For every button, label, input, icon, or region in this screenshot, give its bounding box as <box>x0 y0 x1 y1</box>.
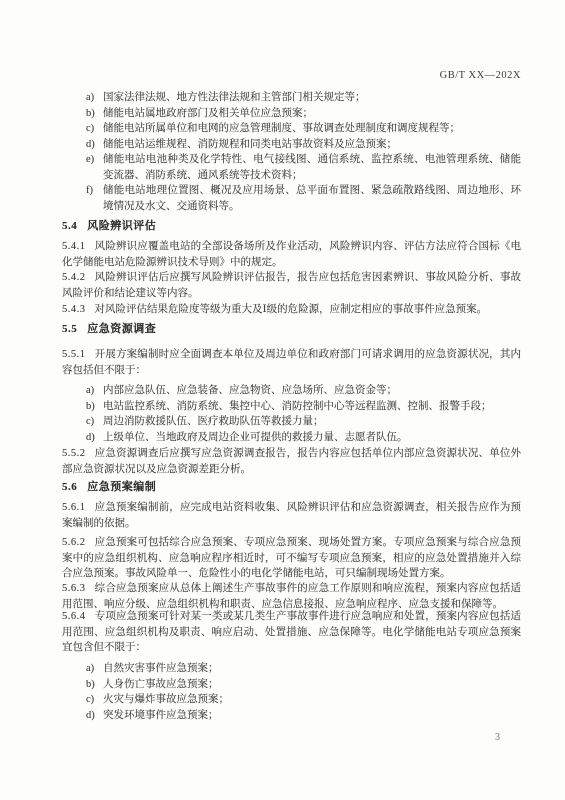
intro-list: a) 国家法律法规、地方性法律法规和主管部门相关规定等； b) 储能电站属地政府… <box>62 90 521 214</box>
paragraph-5-4-1: 5.4.1风险辨识应覆盖电站的全部设备场所及作业活动，风险辨识内容、评估方法应符… <box>62 239 521 270</box>
section-heading-5-5: 5.5应急资源调查 <box>62 322 521 338</box>
list-item-text: 上级单位、当地政府及周边企业可提供的救援力量、志愿者队伍。 <box>103 432 408 443</box>
section-heading-5-4: 5.4风险辨识评估 <box>62 219 521 235</box>
section-title: 应急预案编制 <box>87 481 156 493</box>
list-item: b) 电站监控系统、消防系统、集控中心、消防控制中心等远程监测、控制、报警手段； <box>62 399 521 415</box>
list-item-label: d) <box>86 430 95 446</box>
section-number: 5.6 <box>62 480 77 496</box>
section-title: 风险辨识评估 <box>87 220 156 232</box>
section-title: 应急资源调查 <box>87 323 156 335</box>
list-item-text: 人身伤亡事故应急预案； <box>103 679 219 690</box>
list-item-label: b) <box>86 106 95 122</box>
list-item: d) 储能电站运维规程、消防规程和同类电站事故资料及应急预案； <box>62 137 521 153</box>
document-page: GB/T XX—202X a) 国家法律法规、地方性法律法规和主管部门相关规定等… <box>0 0 565 800</box>
clause-text: 风险辨识应覆盖电站的全部设备场所及作业活动，风险辨识内容、评估方法应符合国标《电… <box>62 241 521 268</box>
list-item: a) 国家法律法规、地方性法律法规和主管部门相关规定等； <box>62 90 521 106</box>
list-item: a) 自然灾害事件应急预案； <box>62 661 521 677</box>
paragraph-5-6-2: 5.6.2应急预案可包括综合应急预案、专项应急预案、现场处置方案。专项应急预案与… <box>62 535 521 582</box>
list-item-text: 储能电站属地政府部门及相关单位应急预案； <box>103 108 313 119</box>
list-item-label: d) <box>86 708 95 724</box>
list-item: a) 内部应急队伍、应急装备、应急物资、应急场所、应急资金等； <box>62 383 521 399</box>
paragraph-5-6-3: 5.6.3综合应急预案应从总体上阐述生产事故事件的应急工作原则和响应流程，预案内… <box>62 581 521 612</box>
list-item-label: b) <box>86 399 95 415</box>
clause-number: 5.6.3 <box>62 581 86 597</box>
section-number: 5.4 <box>62 219 77 235</box>
paragraph-5-6-1: 5.6.1应急预案编制前，应完成电站资料收集、风险辨识评估和应急资源调查，相关报… <box>62 500 521 531</box>
list-item-text: 储能电站运维规程、消防规程和同类电站事故资料及应急预案； <box>103 139 397 150</box>
list-item-text: 储能电站电池种类及化学特性、电气接线图、通信系统、监控系统、电池管理系统、储能变… <box>103 154 521 181</box>
clause-text: 风险辨识评估后应撰写风险辨识评估报告，报告应包括危害因素辨识、事故风险分析、事故… <box>62 272 521 299</box>
list-item-text: 火灾与爆炸事故应急预案； <box>103 694 229 705</box>
clause-text: 对风险评估结果危险度等级为重大及Ⅰ级的危险源，应制定相应的事故事件应急预案。 <box>95 304 488 315</box>
list-item-text: 周边消防救援队伍、医疗救助队伍等救援力量； <box>103 416 324 427</box>
list-item: b) 人身伤亡事故应急预案； <box>62 677 521 693</box>
list-item-label: a) <box>86 383 94 399</box>
list-item-text: 内部应急队伍、应急装备、应急物资、应急场所、应急资金等； <box>103 385 397 396</box>
list-item-label: c) <box>86 414 94 430</box>
list-item-label: e) <box>86 152 94 168</box>
paragraph-5-5-2: 5.5.2应急资源调查后应撰写应急资源调查报告，报告内容应包括单位内部应急资源状… <box>62 446 521 477</box>
list-item-label: f) <box>86 183 93 199</box>
clause-number: 5.4.3 <box>62 302 86 318</box>
list-item: c) 储能电站所属单位和电网的应急管理制度、事故调查处理制度和调度规程等； <box>62 121 521 137</box>
clause-number: 5.6.4 <box>62 609 86 625</box>
clause-text: 专项应急预案可针对某一类或某几类生产事故事件进行应急响应和处置，预案内容应包括适… <box>62 611 521 653</box>
paragraph-5-4-3: 5.4.3对风险评估结果危险度等级为重大及Ⅰ级的危险源，应制定相应的事故事件应急… <box>62 302 521 318</box>
standard-code-header: GB/T XX—202X <box>62 70 521 81</box>
list-item: e) 储能电站电池种类及化学特性、电气接线图、通信系统、监控系统、电池管理系统、… <box>62 152 521 183</box>
list-item-text: 国家法律法规、地方性法律法规和主管部门相关规定等； <box>103 92 366 103</box>
clause-number: 5.4.2 <box>62 270 86 286</box>
clause-number: 5.4.1 <box>62 239 86 255</box>
list-item-label: a) <box>86 661 94 677</box>
clause-number: 5.5.2 <box>62 446 86 462</box>
clause-number: 5.6.1 <box>62 500 86 516</box>
clause-text: 应急资源调查后应撰写应急资源调查报告，报告内容应包括单位内部应急资源状况、单位外… <box>62 448 521 475</box>
list-item: d) 上级单位、当地政府及周边企业可提供的救援力量、志愿者队伍。 <box>62 430 521 446</box>
page-number: 3 <box>495 732 500 743</box>
section-number: 5.5 <box>62 322 77 338</box>
clause-number: 5.6.2 <box>62 535 86 551</box>
list-item-label: a) <box>86 90 94 106</box>
list-item-text: 突发环境事件应急预案； <box>103 710 219 721</box>
special-plan-list: a) 自然灾害事件应急预案； b) 人身伤亡事故应急预案； c) 火灾与爆炸事故… <box>62 661 521 724</box>
list-item: b) 储能电站属地政府部门及相关单位应急预案； <box>62 106 521 122</box>
list-item-label: c) <box>86 121 94 137</box>
clause-text: 应急预案编制前，应完成电站资料收集、风险辨识评估和应急资源调查，相关报告应作为预… <box>62 502 521 529</box>
list-item-label: d) <box>86 137 95 153</box>
list-item-text: 储能电站地理位置图、概况及应用场景、总平面布置图、紧急疏散路线图、周边地形、环境… <box>103 185 521 212</box>
list-item: f) 储能电站地理位置图、概况及应用场景、总平面布置图、紧急疏散路线图、周边地形… <box>62 183 521 214</box>
clause-number: 5.5.1 <box>62 347 86 363</box>
resource-list: a) 内部应急队伍、应急装备、应急物资、应急场所、应急资金等； b) 电站监控系… <box>62 383 521 445</box>
paragraph-5-6-4: 5.6.4专项应急预案可针对某一类或某几类生产事故事件进行应急响应和处置，预案内… <box>62 609 521 656</box>
list-item-text: 电站监控系统、消防系统、集控中心、消防控制中心等远程监测、控制、报警手段； <box>103 401 492 412</box>
list-item: d) 突发环境事件应急预案； <box>62 708 521 724</box>
list-item: c) 周边消防救援队伍、医疗救助队伍等救援力量； <box>62 414 521 430</box>
paragraph-5-5-1: 5.5.1开展方案编制时应全面调查本单位及周边单位和政府部门可请求调用的应急资源… <box>62 347 521 378</box>
list-item-text: 自然灾害事件应急预案； <box>103 663 219 674</box>
list-item-label: b) <box>86 677 95 693</box>
clause-text: 综合应急预案应从总体上阐述生产事故事件的应急工作原则和响应流程，预案内容应包括适… <box>62 583 521 610</box>
clause-text: 开展方案编制时应全面调查本单位及周边单位和政府部门可请求调用的应急资源状况，其内… <box>62 349 521 376</box>
list-item-label: c) <box>86 692 94 708</box>
list-item: c) 火灾与爆炸事故应急预案； <box>62 692 521 708</box>
paragraph-5-4-2: 5.4.2风险辨识评估后应撰写风险辨识评估报告，报告应包括危害因素辨识、事故风险… <box>62 270 521 301</box>
list-item-text: 储能电站所属单位和电网的应急管理制度、事故调查处理制度和调度规程等； <box>103 123 460 134</box>
section-heading-5-6: 5.6应急预案编制 <box>62 480 521 496</box>
clause-text: 应急预案可包括综合应急预案、专项应急预案、现场处置方案。专项应急预案与综合应急预… <box>62 537 521 579</box>
